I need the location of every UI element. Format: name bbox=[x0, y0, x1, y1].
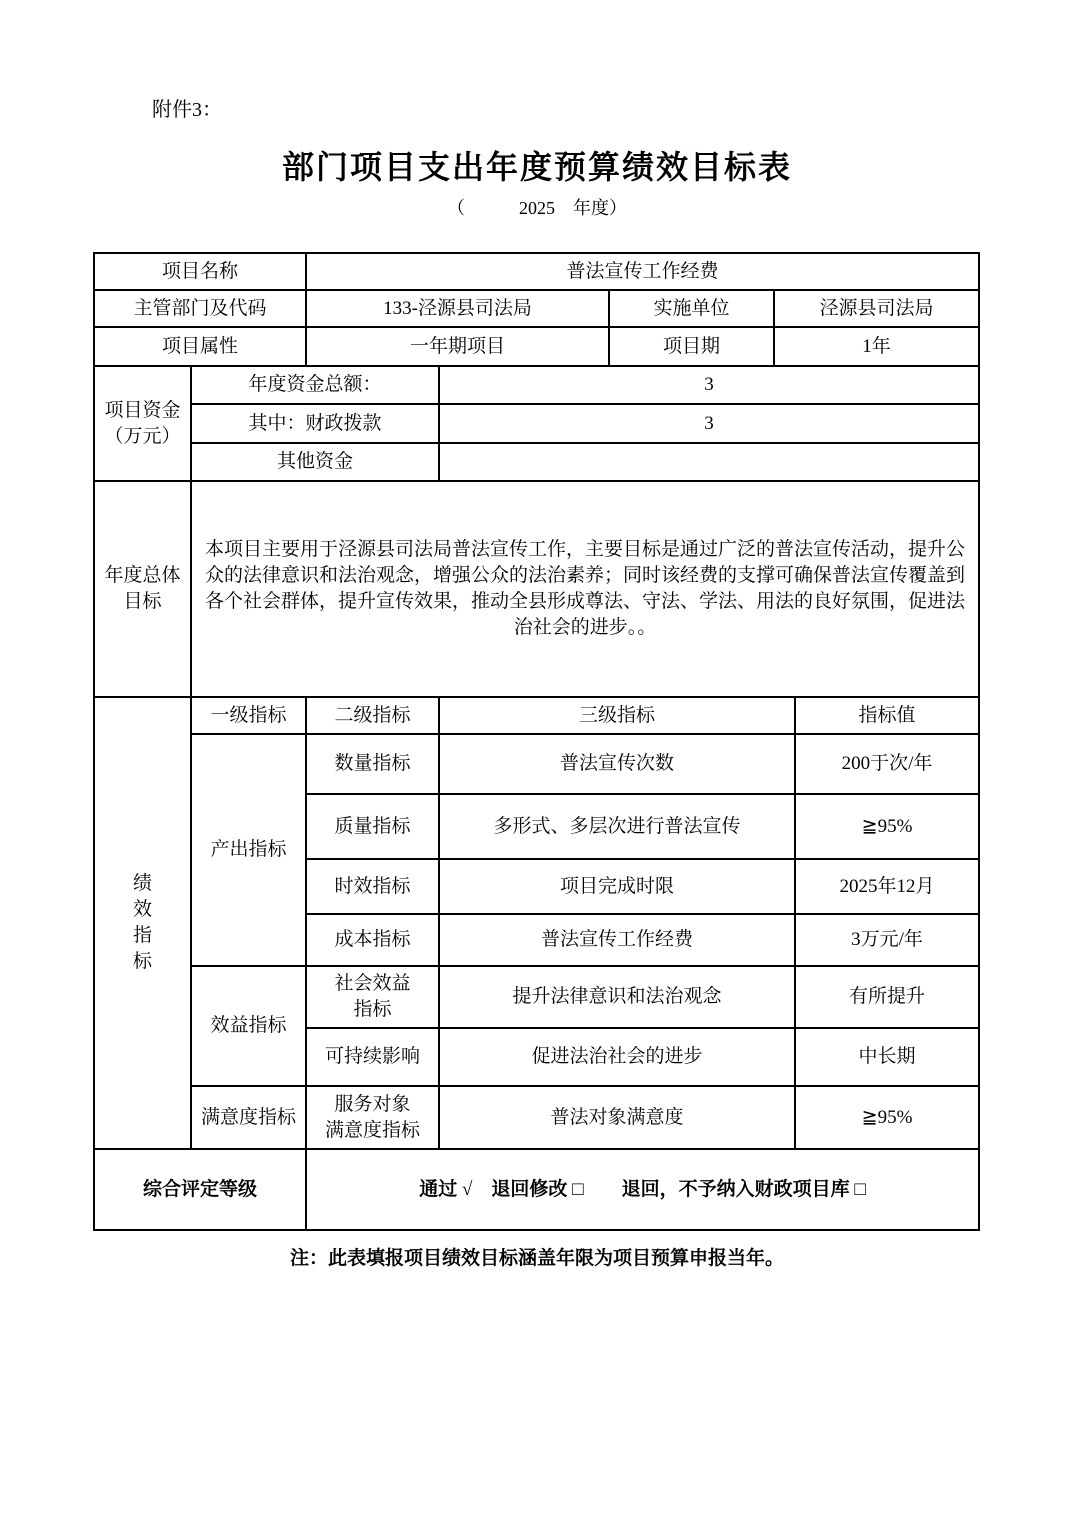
performance-target-table: 项目名称 普法宣传工作经费 主管部门及代码 133-泾源县司法局 实施单位 泾源… bbox=[93, 252, 980, 1231]
quality-level3: 多形式、多层次进行普法宣传 bbox=[439, 794, 795, 859]
satisfaction-level3: 普法对象满意度 bbox=[439, 1086, 795, 1149]
row-indicator-social: 效益指标 社会效益 指标 提升法律意识和法治观念 有所提升 bbox=[94, 966, 979, 1028]
row-annual-goal: 年度总体 目标 本项目主要用于泾源县司法局普法宣传工作，主要目标是通过广泛的普法… bbox=[94, 481, 979, 697]
funds-label: 项目资金 （万元） bbox=[94, 366, 191, 481]
social-level3: 提升法律意识和法治观念 bbox=[439, 966, 795, 1028]
dept-value: 133-泾源县司法局 bbox=[306, 290, 609, 327]
timeliness-level2: 时效指标 bbox=[306, 859, 439, 914]
project-name-value: 普法宣传工作经费 bbox=[306, 253, 979, 290]
row-rating: 综合评定等级 通过 √ 退回修改 □ 退回，不予纳入财政项目库 □ bbox=[94, 1149, 979, 1230]
funds-other-label: 其他资金 bbox=[191, 443, 439, 481]
group-benefit-label: 效益指标 bbox=[191, 966, 306, 1086]
period-value: 1年 bbox=[774, 327, 979, 366]
timeliness-level3: 项目完成时限 bbox=[439, 859, 795, 914]
cost-level3: 普法宣传工作经费 bbox=[439, 914, 795, 966]
funds-fiscal-value: 3 bbox=[439, 404, 979, 443]
quantity-value: 200于次/年 bbox=[795, 734, 979, 794]
sustain-level3: 促进法治社会的进步 bbox=[439, 1028, 795, 1086]
document-page: 附件3： 部门项目支出年度预算绩效目标表 （ 2025 年度） 项目名称 普法宣… bbox=[0, 0, 1074, 1520]
quality-level2: 质量指标 bbox=[306, 794, 439, 859]
quality-value: ≧95% bbox=[795, 794, 979, 859]
row-indicator-quantity: 产出指标 数量指标 普法宣传次数 200于次/年 bbox=[94, 734, 979, 794]
impl-label: 实施单位 bbox=[609, 290, 774, 327]
satisfaction-value: ≧95% bbox=[795, 1086, 979, 1149]
header-level2: 二级指标 bbox=[306, 697, 439, 734]
row-funds-total: 项目资金 （万元） 年度资金总额： 3 bbox=[94, 366, 979, 404]
attr-label: 项目属性 bbox=[94, 327, 306, 366]
header-level3: 三级指标 bbox=[439, 697, 795, 734]
attr-value: 一年期项目 bbox=[306, 327, 609, 366]
timeliness-value: 2025年12月 bbox=[795, 859, 979, 914]
funds-other-value bbox=[439, 443, 979, 481]
row-indicators-header: 绩 效 指 标 一级指标 二级指标 三级指标 指标值 bbox=[94, 697, 979, 734]
header-value: 指标值 bbox=[795, 697, 979, 734]
page-title: 部门项目支出年度预算绩效目标表 bbox=[0, 142, 1074, 188]
funds-fiscal-label: 其中：财政拨款 bbox=[191, 404, 439, 443]
group-output-label: 产出指标 bbox=[191, 734, 306, 966]
dept-label: 主管部门及代码 bbox=[94, 290, 306, 327]
social-value: 有所提升 bbox=[795, 966, 979, 1028]
social-level2: 社会效益 指标 bbox=[306, 966, 439, 1028]
header-level1: 一级指标 bbox=[191, 697, 306, 734]
row-dept: 主管部门及代码 133-泾源县司法局 实施单位 泾源县司法局 bbox=[94, 290, 979, 327]
page-subtitle: （ 2025 年度） bbox=[0, 194, 1074, 220]
annual-goal-text: 本项目主要用于泾源县司法局普法宣传工作，主要目标是通过广泛的普法宣传活动，提升公… bbox=[191, 481, 979, 697]
sustain-value: 中长期 bbox=[795, 1028, 979, 1086]
project-name-label: 项目名称 bbox=[94, 253, 306, 290]
sustain-level2: 可持续影响 bbox=[306, 1028, 439, 1086]
quantity-level2: 数量指标 bbox=[306, 734, 439, 794]
quantity-level3: 普法宣传次数 bbox=[439, 734, 795, 794]
attachment-label: 附件3： bbox=[152, 93, 222, 122]
row-indicator-satisfaction: 满意度指标 服务对象 满意度指标 普法对象满意度 ≧95% bbox=[94, 1086, 979, 1149]
cost-value: 3万元/年 bbox=[795, 914, 979, 966]
satisfaction-level2: 服务对象 满意度指标 bbox=[306, 1086, 439, 1149]
row-funds-other: 其他资金 bbox=[94, 443, 979, 481]
impl-value: 泾源县司法局 bbox=[774, 290, 979, 327]
indicators-side-label: 绩 效 指 标 bbox=[94, 697, 191, 1149]
row-project-name: 项目名称 普法宣传工作经费 bbox=[94, 253, 979, 290]
row-attribute: 项目属性 一年期项目 项目期 1年 bbox=[94, 327, 979, 366]
row-funds-fiscal: 其中：财政拨款 3 bbox=[94, 404, 979, 443]
rating-options: 通过 √ 退回修改 □ 退回，不予纳入财政项目库 □ bbox=[306, 1149, 979, 1230]
rating-label: 综合评定等级 bbox=[94, 1149, 306, 1230]
period-label: 项目期 bbox=[609, 327, 774, 366]
footnote: 注：此表填报项目绩效目标涵盖年限为项目预算申报当年。 bbox=[0, 1243, 1074, 1270]
cost-level2: 成本指标 bbox=[306, 914, 439, 966]
funds-total-value: 3 bbox=[439, 366, 979, 404]
group-satisfaction-label: 满意度指标 bbox=[191, 1086, 306, 1149]
funds-total-label: 年度资金总额： bbox=[191, 366, 439, 404]
annual-goal-label: 年度总体 目标 bbox=[94, 481, 191, 697]
